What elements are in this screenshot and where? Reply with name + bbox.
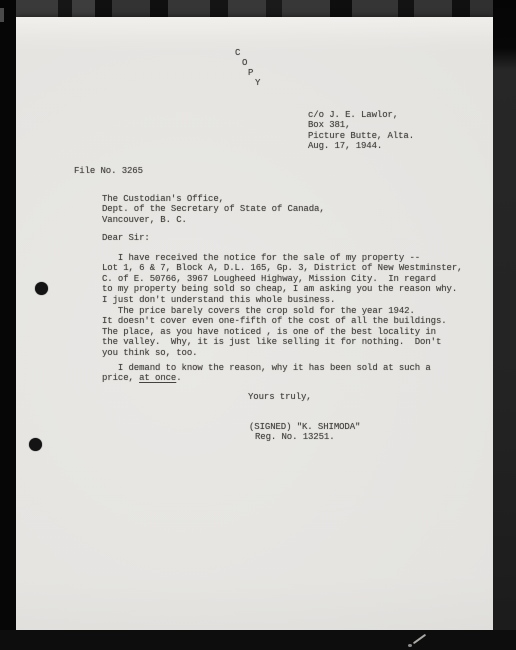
signature-line: (SIGNED) "K. SHIMODA" <box>249 422 360 432</box>
paragraph-3: I demand to know the reason, why it has … <box>102 363 431 384</box>
file-number: File No. 3265 <box>74 166 143 176</box>
ink-dot-mark <box>35 282 48 295</box>
film-bottom-border <box>0 630 516 650</box>
film-right-border <box>493 0 516 650</box>
film-edge-notch <box>0 8 4 22</box>
paragraph-2: The price barely covers the crop sold fo… <box>102 306 447 358</box>
underlined-phrase: at once <box>139 373 176 383</box>
copy-marker-letter: O <box>242 58 247 68</box>
film-left-border <box>0 0 16 650</box>
salutation: Dear Sir: <box>102 233 150 243</box>
microfilm-edge-strip <box>0 0 516 17</box>
scratch-mark-dot <box>408 644 412 647</box>
copy-marker-letter: P <box>248 68 253 78</box>
paragraph-1: I have received the notice for the sale … <box>102 253 462 305</box>
paragraph-3-line-2: price, <box>102 373 139 383</box>
copy-marker-letter: Y <box>255 78 260 88</box>
paragraph-3-line-1: I demand to know the reason, why it has … <box>102 363 431 373</box>
scratch-mark <box>405 632 431 650</box>
recipient-address-block: The Custodian's Office, Dept. of the Sec… <box>102 194 325 225</box>
scanned-letter-page: C O P Y c/o J. E. Lawlor, Box 381, Pictu… <box>0 0 516 650</box>
closing: Yours truly, <box>248 392 312 402</box>
copy-marker-letter: C <box>235 48 240 58</box>
ink-dot-mark <box>29 438 42 451</box>
letter-sheet: C O P Y c/o J. E. Lawlor, Box 381, Pictu… <box>16 17 493 630</box>
paragraph-3-period: . <box>176 373 181 383</box>
sender-address-block: c/o J. E. Lawlor, Box 381, Picture Butte… <box>308 110 414 152</box>
scratch-mark-stroke <box>413 634 426 644</box>
registration-number: Reg. No. 13251. <box>255 432 335 442</box>
